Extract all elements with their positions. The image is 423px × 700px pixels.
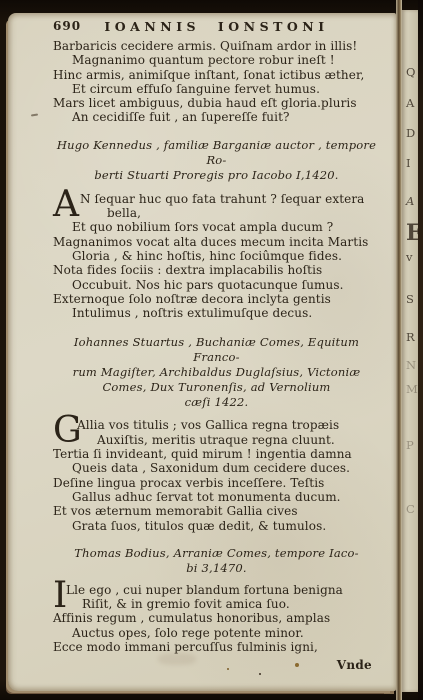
heading-line: Comes, Dux Turonenſis, ad Vernolium xyxy=(53,380,380,395)
drop-cap: A xyxy=(53,190,80,217)
verse-line: Lle ego , cui nuper blandum fortuna beni… xyxy=(53,583,380,597)
verse-line: Ecce modo immani percuſſus fulminis igni… xyxy=(53,640,380,654)
verse-line: Gallus adhuc ſervat tot monumenta ducum. xyxy=(53,490,380,504)
verse-line: Gloria , & hinc hoſtis, hinc ſociûmque f… xyxy=(53,249,380,263)
verse-line: Mars licet ambiguus, dubia haud eſt glor… xyxy=(53,96,380,110)
drop-cap: I xyxy=(53,581,66,608)
verse-line: bella, xyxy=(53,206,380,220)
verse-line: Riſit, & in gremio fovit amica ſuo. xyxy=(53,597,380,611)
heading-line: bi 3,1470. xyxy=(53,561,380,576)
heading-line: Hugo Kennedus , familiæ Barganiæ auctor … xyxy=(53,138,380,168)
verse-line: Affinis regum , cumulatus honoribus, amp… xyxy=(53,611,380,625)
foxing-spot xyxy=(295,663,299,667)
adjacent-page-letter: R xyxy=(406,330,415,344)
verse-line: Tertia ſi invideant, quid mirum ! ingent… xyxy=(53,447,380,461)
verse-line: Nota fides ſociis : dextra implacabilis … xyxy=(53,263,380,277)
section-heading-bodius: Thomas Bodius, Arraniæ Comes, tempore Ia… xyxy=(53,546,380,576)
verse-line: Deſine lingua procax verbis inceſſere. T… xyxy=(53,476,380,490)
verse-line: Magnanimos vocat alta duces mecum incita… xyxy=(53,235,380,249)
text-block: 690 IOANNIS IONSTONI Barbaricis cecidere… xyxy=(53,19,380,672)
adjacent-page-letter: A xyxy=(406,96,414,110)
verse-line: An cecidiſſe fuit , an ſupereſſe fuit? xyxy=(53,110,380,124)
adjacent-page-letter: A xyxy=(406,194,414,208)
heading-line: rum Magiſter, Archibaldus Duglaſsius, Vi… xyxy=(53,365,380,380)
verse-line: Auxiſtis, meritis utraque regna cluunt. xyxy=(53,433,380,447)
verse-line: Externoque ſolo noſtræ decora inclyta ge… xyxy=(53,292,380,306)
verse-line: Occubuit. Nos hic pars quotacunque ſumus… xyxy=(53,278,380,292)
page-header: 690 IOANNIS IONSTONI xyxy=(53,19,380,34)
verse-line: Queis data , Saxonidum dum cecidere duce… xyxy=(53,461,380,475)
adjacent-page-letter: M xyxy=(406,382,418,396)
verse-line: Et quo nobilium ſors vocat ampla ducum ? xyxy=(53,220,380,234)
verse-line: Et circum effuſo ſanguine fervet humus. xyxy=(53,82,380,96)
adjacent-page-letter: N xyxy=(406,358,416,372)
adjacent-page-letter: v xyxy=(406,250,413,264)
show-through-smudge xyxy=(158,653,196,665)
adjacent-page-letter: S xyxy=(406,292,414,306)
adjacent-page-edge: QADIAEvSRNMPC xyxy=(402,10,418,692)
verse-line: Auctus opes, ſolo rege potente minor. xyxy=(53,626,380,640)
heading-line: Iohannes Stuartus , Buchaniæ Comes, Equi… xyxy=(53,335,380,365)
verse-line: N ſequar huc quo fata trahunt ? ſequar e… xyxy=(53,192,380,206)
adjacent-page-letter: C xyxy=(406,502,415,516)
catchword: Vnde xyxy=(53,658,380,672)
ink-speck xyxy=(259,673,261,675)
section-heading-kennedus: Hugo Kennedus , familiæ Barganiæ auctor … xyxy=(53,138,380,183)
verse-line: Hinc armis, animiſque inſtant, ſonat ict… xyxy=(53,68,380,82)
verse-section-4: I Lle ego , cui nuper blandum fortuna be… xyxy=(53,583,380,654)
section-heading-stuartus: Iohannes Stuartus , Buchaniæ Comes, Equi… xyxy=(53,335,380,410)
verse-line: Barbaricis cecidere armis. Quiſnam ardor… xyxy=(53,39,380,53)
heading-line: Thomas Bodius, Arraniæ Comes, tempore Ia… xyxy=(53,546,380,561)
verse-section-1: Barbaricis cecidere armis. Quiſnam ardor… xyxy=(53,39,380,125)
verse-line: Allia vos titulis ; vos Gallica regna tr… xyxy=(53,418,380,432)
verse-section-2: A N ſequar huc quo fata trahunt ? ſequar… xyxy=(53,192,380,321)
adjacent-page-letter: E xyxy=(406,220,418,246)
drop-cap: G xyxy=(53,416,77,443)
margin-ink-mark xyxy=(31,114,38,117)
running-title: IOANNIS IONSTONI xyxy=(53,19,380,34)
heading-line: cæſi 1422. xyxy=(53,395,380,410)
adjacent-page-letter: Q xyxy=(406,65,415,79)
verse-section-3: G Allia vos titulis ; vos Gallica regna … xyxy=(53,418,380,532)
verse-line: Intulimus , noſtris extulimuſque decus. xyxy=(53,306,380,320)
verse-line: Grata ſuos, titulos quæ dedit, & tumulos… xyxy=(53,519,380,533)
scanned-book-photo: 690 IOANNIS IONSTONI Barbaricis cecidere… xyxy=(0,0,423,700)
verse-line: Magnanimo quantum pectore robur ineſt ! xyxy=(53,53,380,67)
verse-line: Et vos æternum memorabit Gallia cives xyxy=(53,504,380,518)
book-edge-right xyxy=(418,0,423,700)
heading-line: berti Stuarti Proregis pro Iacobo I,1420… xyxy=(53,168,380,183)
adjacent-page-letter: I xyxy=(406,156,411,170)
adjacent-page-letter: D xyxy=(406,126,415,140)
ink-speck xyxy=(227,668,229,670)
adjacent-page-letter: P xyxy=(406,438,414,452)
book-page: 690 IOANNIS IONSTONI Barbaricis cecidere… xyxy=(8,13,396,691)
